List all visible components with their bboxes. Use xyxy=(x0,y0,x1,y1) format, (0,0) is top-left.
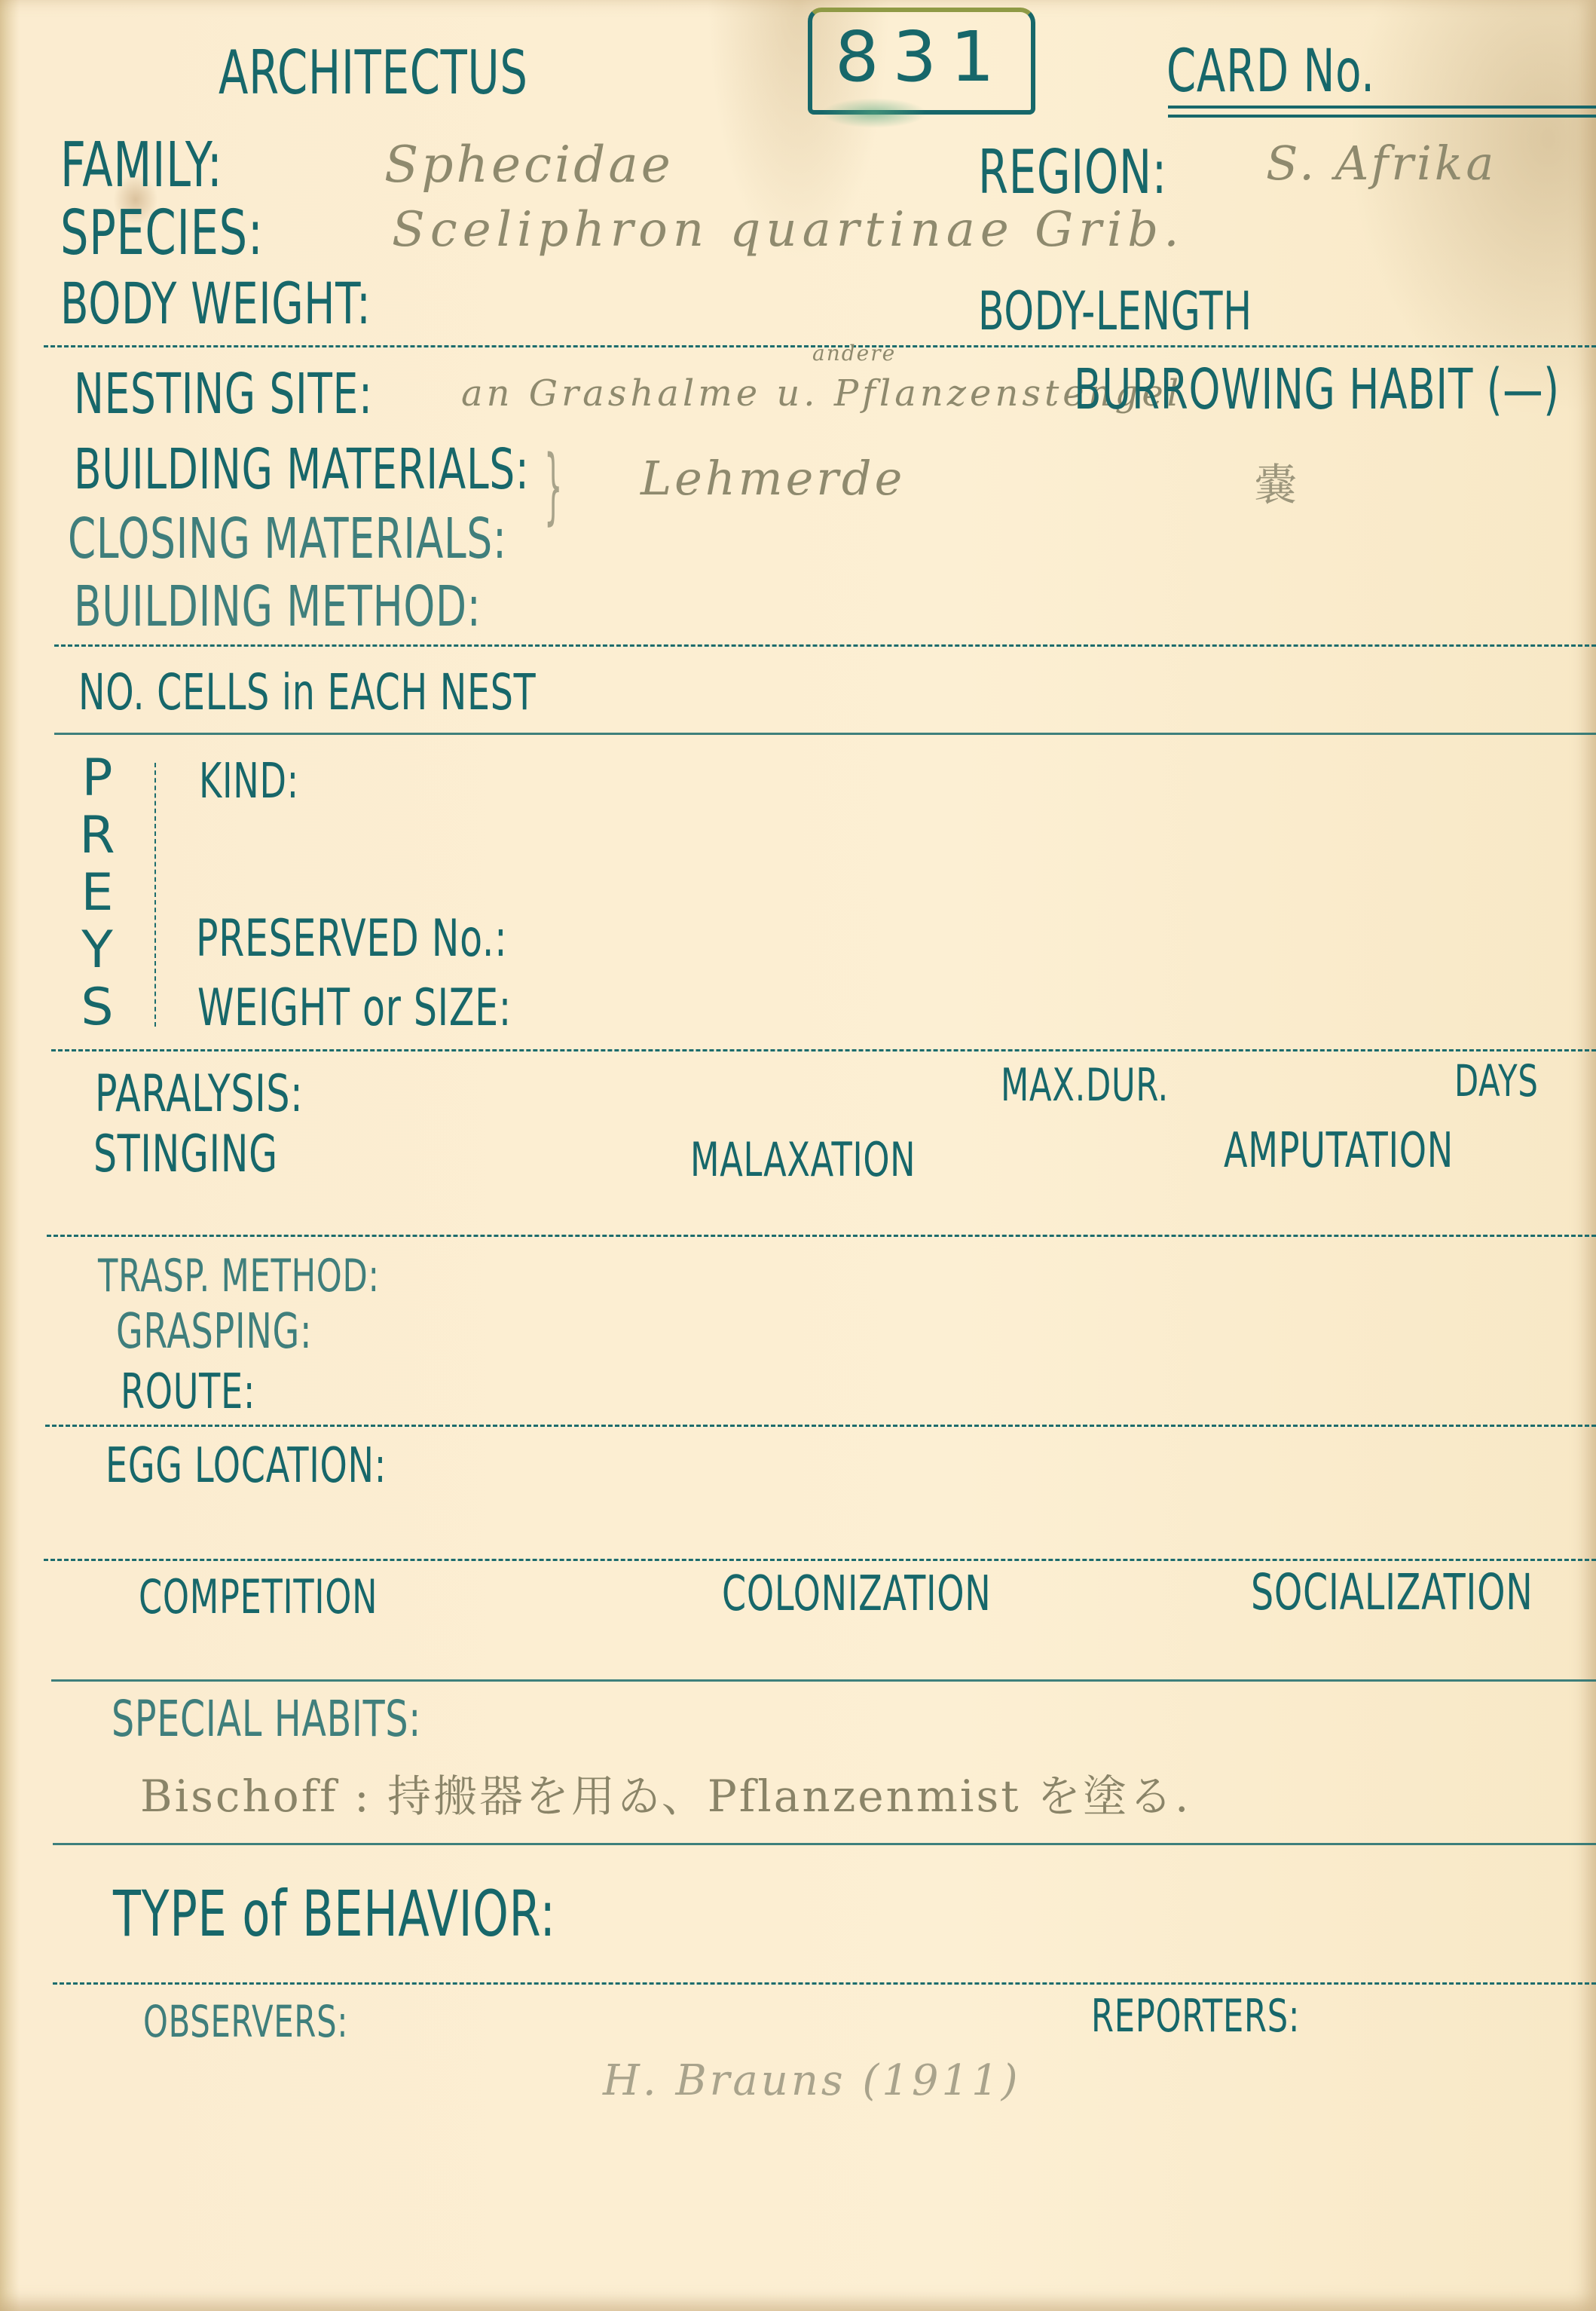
divider-transport xyxy=(47,1235,1596,1237)
grasping-label: GRASPING: xyxy=(116,1304,312,1360)
preys-side-label: P R E Y S xyxy=(78,751,116,1036)
region-value: S. Afrika xyxy=(1266,136,1497,191)
transport-method-label: TRASP. METHOD: xyxy=(98,1250,380,1302)
stinging-label: STINGING xyxy=(93,1125,278,1184)
special-habits-label: SPECIAL HABITS: xyxy=(112,1690,421,1748)
special-habits-value: Bischoff : 持搬器を用ゐ、Pflanzenmist を塗る. xyxy=(140,1761,1191,1824)
building-materials-label: BUILDING MATERIALS: xyxy=(74,437,530,502)
divider-cells xyxy=(54,644,1596,647)
divider-paralysis xyxy=(51,1049,1596,1051)
card-title: ARCHITECTUS xyxy=(219,38,528,108)
building-materials-value: Lehmerde xyxy=(641,451,905,506)
preys-letter: E xyxy=(81,865,114,921)
card-number: 831 xyxy=(835,17,1008,97)
kind-label: KIND: xyxy=(199,754,299,810)
burrowing-habit-value: — xyxy=(1503,357,1543,422)
divider-footer xyxy=(53,1982,1596,1985)
preys-letter: R xyxy=(79,808,115,864)
colonization-label: COLONIZATION xyxy=(722,1566,991,1622)
observers-label: OBSERVERS: xyxy=(143,1996,348,2047)
reporter-value: H. Brauns (1911) xyxy=(603,2056,1021,2105)
family-label: FAMILY: xyxy=(60,130,222,201)
ink-smudge xyxy=(821,98,927,128)
burrowing-habit-label: BURROWING HABIT (—) xyxy=(1074,357,1560,422)
socialization-label: SOCIALIZATION xyxy=(1251,1563,1533,1621)
preserved-label: PRESERVED No.: xyxy=(196,909,507,969)
preys-divider xyxy=(154,763,156,1027)
preys-letter: P xyxy=(81,751,112,807)
divider-special xyxy=(51,1679,1596,1682)
card-no-label: CARD No. xyxy=(1166,38,1375,106)
competition-label: COMPETITION xyxy=(139,1569,378,1624)
egg-location-label: EGG LOCATION: xyxy=(105,1438,387,1494)
preys-letter: Y xyxy=(81,923,113,978)
closing-materials-label: CLOSING MATERIALS: xyxy=(68,507,507,571)
amputation-label: AMPUTATION xyxy=(1224,1123,1454,1179)
materials-note-kanji: 嚢 xyxy=(1254,449,1301,513)
reporters-label: REPORTERS: xyxy=(1091,1990,1300,2043)
weight-size-label: WEIGHT or SIZE: xyxy=(197,978,512,1038)
paralysis-label: PARALYSIS: xyxy=(95,1064,303,1124)
max-dur-label: MAX.DUR. xyxy=(1001,1059,1169,1112)
type-of-behavior-label: TYPE of BEHAVIOR: xyxy=(113,1877,556,1951)
cells-label: NO. CELLS in EACH NEST xyxy=(78,663,536,721)
index-card: ARCHITECTUS 831 CARD No. FAMILY: Sphecid… xyxy=(0,0,1596,2311)
days-label: DAYS xyxy=(1454,1055,1539,1107)
card-no-underline-2 xyxy=(1168,115,1596,118)
divider-preys xyxy=(54,733,1596,735)
body-length-label: BODY-LENGTH xyxy=(978,280,1252,342)
preys-letter: S xyxy=(81,980,113,1036)
divider-behavior xyxy=(53,1843,1596,1845)
divider-social xyxy=(44,1559,1596,1561)
divider-egg xyxy=(45,1425,1596,1427)
burrowing-habit-text: BURROWING HABIT ( xyxy=(1074,357,1503,422)
malaxation-label: MALAXATION xyxy=(690,1132,916,1187)
family-value: Sphecidae xyxy=(384,136,674,194)
species-label: SPECIES: xyxy=(60,197,263,269)
region-label: REGION: xyxy=(978,137,1167,207)
materials-bracket: } xyxy=(544,437,564,534)
card-no-underline-1 xyxy=(1168,106,1596,109)
route-label: ROUTE: xyxy=(121,1364,255,1420)
body-weight-label: BODY WEIGHT: xyxy=(60,270,371,337)
burrowing-habit-close: ) xyxy=(1543,357,1560,422)
building-method-label: BUILDING METHOD: xyxy=(74,574,481,639)
nesting-site-insert: andere xyxy=(812,341,896,366)
nesting-site-label: NESTING SITE: xyxy=(74,362,373,427)
species-value: Sceliphron quartinae Grib. xyxy=(392,202,1185,258)
